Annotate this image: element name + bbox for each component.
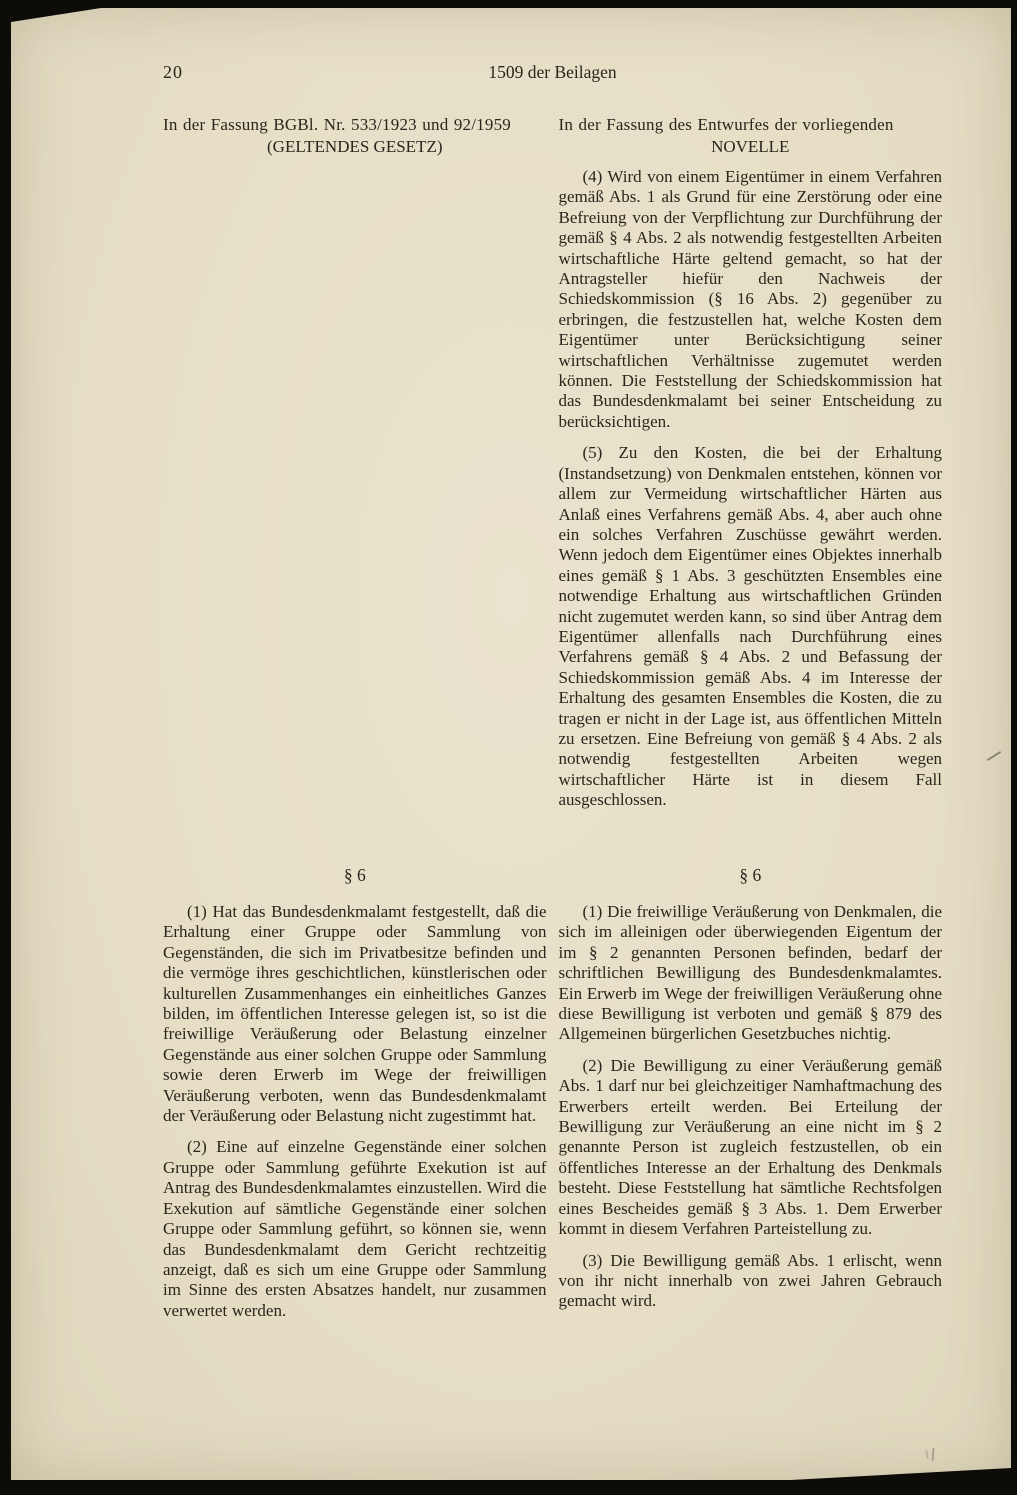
paper-sheet: 20 1509 der Beilagen In der Fassung BGBl…: [11, 8, 1011, 1480]
left-section-heading: § 6: [163, 851, 547, 902]
paragraph-abs5: (5) Zu den Kosten, die bei der Erhaltung…: [559, 443, 943, 810]
right-column-amendment-text: (4) Wird von einem Eigentümer in einem V…: [559, 157, 943, 851]
right-column-body: (1) Die freiwillige Veräußerung von Denk…: [559, 902, 943, 1321]
right-column-heading: In der Fassung des Entwurfes der vorlieg…: [559, 114, 943, 157]
paragraph-right-abs1: (1) Die freiwillige Veräußerung von Denk…: [559, 902, 943, 1045]
document-header-title: 1509 der Beilagen: [488, 62, 616, 83]
diagonal-pencil-stroke-icon: [987, 751, 1002, 761]
paragraph-right-abs3: (3) Die Bewilligung gemäß Abs. 1 erlisch…: [559, 1251, 943, 1312]
paragraph-left-abs1: (1) Hat das Bundesdenkmalamt festgestell…: [163, 902, 547, 1126]
two-column-layout: In der Fassung BGBl. Nr. 533/1923 und 92…: [163, 114, 942, 1321]
left-column-heading-line2: (GELTENDES GESETZ): [163, 136, 547, 157]
page-content-area: 20 1509 der Beilagen In der Fassung BGBl…: [163, 8, 942, 1480]
paragraph-abs4: (4) Wird von einem Eigentümer in einem V…: [559, 167, 943, 432]
right-column-heading-line1: In der Fassung des Entwurfes der vorlieg…: [559, 114, 943, 135]
right-column-heading-line2: NOVELLE: [559, 136, 943, 157]
left-column-heading: In der Fassung BGBl. Nr. 533/1923 und 92…: [163, 114, 547, 157]
page-number: 20: [163, 62, 183, 83]
left-column-empty-space: [163, 157, 547, 851]
page-header: 20 1509 der Beilagen: [163, 8, 942, 88]
scan-corner-shadow-top-left: [11, 8, 101, 22]
left-column-body: (1) Hat das Bundesdenkmalamt festgestell…: [163, 902, 547, 1321]
paragraph-left-abs2: (2) Eine auf einzelne Gegenstände einer …: [163, 1137, 547, 1321]
right-section-heading: § 6: [559, 851, 943, 902]
scanned-document-page: 20 1509 der Beilagen In der Fassung BGBl…: [0, 0, 1017, 1495]
left-column-heading-line1: In der Fassung BGBl. Nr. 533/1923 und 92…: [163, 114, 547, 135]
paragraph-right-abs2: (2) Die Bewilligung zu einer Veräußerung…: [559, 1056, 943, 1240]
